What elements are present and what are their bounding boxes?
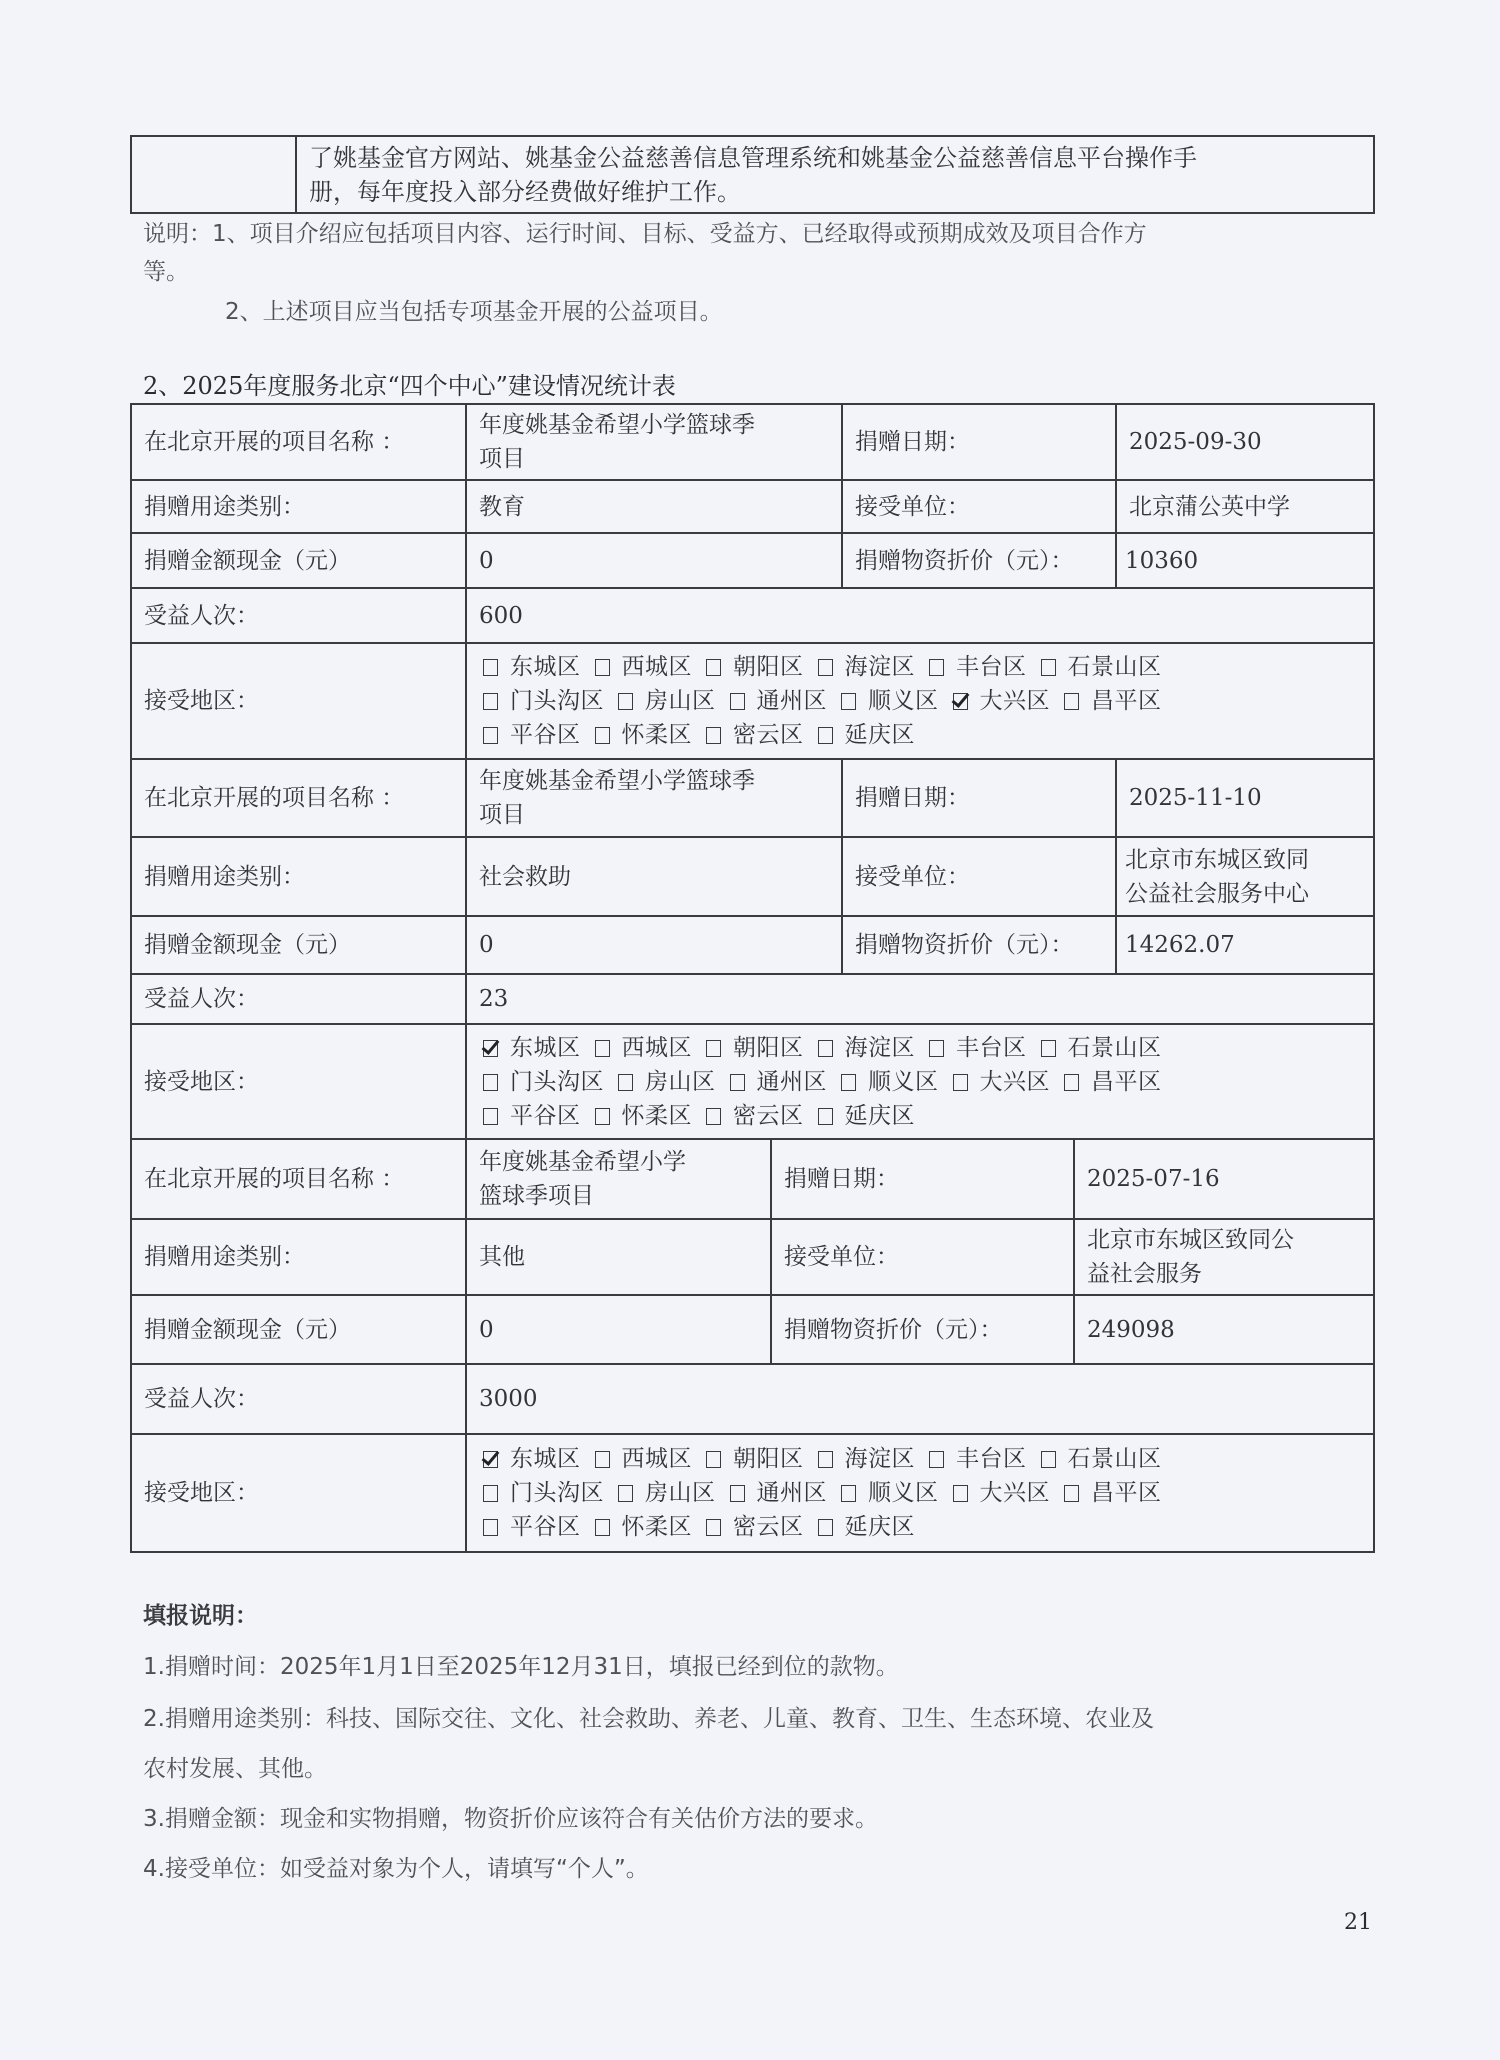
region-row: 门头沟区房山区通州区顺义区大兴区昌平区 xyxy=(483,1476,1176,1510)
region-label: 朝阳区 xyxy=(733,1035,804,1061)
region-label: 昌平区 xyxy=(1091,1480,1162,1506)
region-label: 门头沟区 xyxy=(510,688,604,714)
region-label: 石景山区 xyxy=(1068,1446,1162,1472)
checkbox-unchecked-icon[interactable] xyxy=(1064,693,1079,710)
checkbox-unchecked-icon[interactable] xyxy=(483,659,498,676)
region-label: 门头沟区 xyxy=(510,1069,604,1095)
checkbox-unchecked-icon[interactable] xyxy=(483,1519,498,1536)
region-label: 密云区 xyxy=(733,1103,804,1129)
region-checkbox-item[interactable]: 房山区 xyxy=(618,1069,716,1095)
region-checkbox-item[interactable]: 大兴区 xyxy=(953,1480,1051,1506)
checkbox-checked-icon[interactable] xyxy=(953,693,968,710)
fill-notes-item2-line1: 2.捐赠用途类别：科技、国际交往、文化、社会救助、养老、儿童、教育、卫生、生态环… xyxy=(143,1700,1154,1733)
fill-notes-item4: 4.接受单位：如受益对象为个人，请填写“个人”。 xyxy=(143,1850,649,1883)
checkbox-unchecked-icon[interactable] xyxy=(483,1485,498,1502)
checkbox-unchecked-icon[interactable] xyxy=(730,1074,745,1091)
checkbox-unchecked-icon[interactable] xyxy=(618,693,633,710)
top-table-text-line2: 册，每年度投入部分经费做好维护工作。 xyxy=(309,175,1197,209)
checkbox-unchecked-icon[interactable] xyxy=(595,659,610,676)
checkbox-unchecked-icon[interactable] xyxy=(706,1108,721,1125)
label-recipient: 接受单位： xyxy=(841,836,1117,917)
value-recipient: 北京市东城区致同公益社会服务中心 xyxy=(1115,836,1375,917)
checkbox-unchecked-icon[interactable] xyxy=(818,1519,833,1536)
label-recipient: 接受单位： xyxy=(770,1218,1075,1296)
region-row: 东城区西城区朝阳区海淀区丰台区石景山区 xyxy=(483,1442,1176,1476)
checkbox-unchecked-icon[interactable] xyxy=(1064,1074,1079,1091)
region-checkbox-group: 东城区西城区朝阳区海淀区丰台区石景山区门头沟区房山区通州区顺义区大兴区昌平区平谷… xyxy=(465,1433,1375,1553)
checkbox-checked-icon[interactable] xyxy=(483,1040,498,1057)
region-checkbox-item[interactable]: 延庆区 xyxy=(818,1103,916,1129)
region-label: 石景山区 xyxy=(1068,1035,1162,1061)
region-checkbox-item[interactable]: 房山区 xyxy=(618,1480,716,1506)
region-checkbox-item[interactable]: 通州区 xyxy=(730,1069,828,1095)
fill-notes-item1: 1.捐赠时间：2025年1月1日至2025年12月31日，填报已经到位的款物。 xyxy=(143,1648,899,1681)
label-goods-value: 捐赠物资折价（元）： xyxy=(770,1294,1075,1365)
value-beneficiaries: 23 xyxy=(465,973,1375,1025)
value-donation-date: 2025-11-10 xyxy=(1115,758,1375,838)
label-donation-date: 捐赠日期： xyxy=(841,758,1117,838)
checkbox-unchecked-icon[interactable] xyxy=(595,1519,610,1536)
region-label: 平谷区 xyxy=(510,722,581,748)
region-label: 平谷区 xyxy=(510,1514,581,1540)
region-checkbox-item[interactable]: 密云区 xyxy=(706,722,804,748)
label-beneficiaries: 受益人次： xyxy=(130,1363,467,1435)
label-donation-date: 捐赠日期： xyxy=(770,1138,1075,1220)
label-region: 接受地区： xyxy=(130,642,467,760)
checkbox-unchecked-icon[interactable] xyxy=(483,1074,498,1091)
checkbox-unchecked-icon[interactable] xyxy=(595,727,610,744)
checkbox-unchecked-icon[interactable] xyxy=(483,693,498,710)
label-cash-amount: 捐赠金额现金（元） xyxy=(130,915,467,975)
region-label: 西城区 xyxy=(622,1446,693,1472)
value-cash-amount: 0 xyxy=(465,1294,772,1365)
region-label: 平谷区 xyxy=(510,1103,581,1129)
region-label: 顺义区 xyxy=(868,688,939,714)
region-checkbox-item[interactable]: 房山区 xyxy=(618,688,716,714)
checkbox-unchecked-icon[interactable] xyxy=(841,693,856,710)
region-label: 延庆区 xyxy=(845,1103,916,1129)
top-table-text-cell: 了姚基金官方网站、姚基金公益慈善信息管理系统和姚基金公益慈善信息平台操作手 册，… xyxy=(295,135,1375,214)
checkbox-unchecked-icon[interactable] xyxy=(483,727,498,744)
region-label: 昌平区 xyxy=(1091,688,1162,714)
region-label: 大兴区 xyxy=(980,1069,1051,1095)
value-donation-date: 2025-07-16 xyxy=(1073,1138,1375,1220)
fill-notes-heading: 填报说明： xyxy=(143,1597,258,1630)
checkbox-unchecked-icon[interactable] xyxy=(953,1074,968,1091)
region-label: 海淀区 xyxy=(845,654,916,680)
notes-line2: 2、上述项目应当包括专项基金开展的公益项目。 xyxy=(225,293,723,326)
region-checkbox-item[interactable]: 平谷区 xyxy=(483,1514,581,1540)
region-checkbox-item[interactable]: 大兴区 xyxy=(953,688,1051,714)
table-title: 2、2025年度服务北京“四个中心”建设情况统计表 xyxy=(143,366,676,401)
region-checkbox-item[interactable]: 东城区 xyxy=(483,1446,581,1472)
region-checkbox-item[interactable]: 平谷区 xyxy=(483,1103,581,1129)
checkbox-unchecked-icon[interactable] xyxy=(1041,659,1056,676)
label-project-name: 在北京开展的项目名称 ： xyxy=(130,758,467,838)
top-table-empty-cell xyxy=(130,135,297,214)
region-label: 西城区 xyxy=(622,654,693,680)
region-label: 密云区 xyxy=(733,722,804,748)
value-beneficiaries: 600 xyxy=(465,587,1375,644)
notes-line1-wrap: 等。 xyxy=(143,253,189,286)
region-label: 海淀区 xyxy=(845,1446,916,1472)
region-label: 延庆区 xyxy=(845,1514,916,1540)
value-goods-value: 10360 xyxy=(1115,532,1375,589)
region-label: 东城区 xyxy=(510,654,581,680)
region-label: 海淀区 xyxy=(845,1035,916,1061)
region-label: 通州区 xyxy=(757,1480,828,1506)
region-row: 东城区西城区朝阳区海淀区丰台区石景山区 xyxy=(483,650,1176,684)
region-label: 大兴区 xyxy=(980,1480,1051,1506)
label-beneficiaries: 受益人次： xyxy=(130,587,467,644)
checkbox-unchecked-icon[interactable] xyxy=(730,693,745,710)
region-checkbox-item[interactable]: 平谷区 xyxy=(483,722,581,748)
region-label: 密云区 xyxy=(733,1514,804,1540)
region-checkbox-item[interactable]: 通州区 xyxy=(730,1480,828,1506)
checkbox-unchecked-icon[interactable] xyxy=(706,659,721,676)
region-checkbox-group: 东城区西城区朝阳区海淀区丰台区石景山区门头沟区房山区通州区顺义区大兴区昌平区平谷… xyxy=(465,642,1375,760)
checkbox-unchecked-icon[interactable] xyxy=(929,659,944,676)
checkbox-unchecked-icon[interactable] xyxy=(706,1519,721,1536)
region-checkbox-item[interactable]: 大兴区 xyxy=(953,1069,1051,1095)
checkbox-unchecked-icon[interactable] xyxy=(818,1040,833,1057)
label-cash-amount: 捐赠金额现金（元） xyxy=(130,1294,467,1365)
region-checkbox-item[interactable]: 石景山区 xyxy=(1041,1446,1162,1472)
region-label: 房山区 xyxy=(645,1480,716,1506)
label-recipient: 接受单位： xyxy=(841,479,1117,534)
value-usage-category: 社会救助 xyxy=(465,836,843,917)
label-usage-category: 捐赠用途类别： xyxy=(130,479,467,534)
region-checkbox-item[interactable]: 西城区 xyxy=(595,1446,693,1472)
checkbox-unchecked-icon[interactable] xyxy=(595,1040,610,1057)
label-project-name: 在北京开展的项目名称 ： xyxy=(130,1138,467,1220)
region-checkbox-item[interactable]: 怀柔区 xyxy=(595,1103,693,1129)
region-label: 昌平区 xyxy=(1091,1069,1162,1095)
region-checkbox-item[interactable]: 顺义区 xyxy=(841,688,939,714)
checkbox-unchecked-icon[interactable] xyxy=(706,1040,721,1057)
region-checkbox-item[interactable]: 海淀区 xyxy=(818,1035,916,1061)
region-checkbox-item[interactable]: 延庆区 xyxy=(818,722,916,748)
region-checkbox-item[interactable]: 怀柔区 xyxy=(595,722,693,748)
label-region: 接受地区： xyxy=(130,1433,467,1553)
checkbox-unchecked-icon[interactable] xyxy=(841,1074,856,1091)
value-recipient: 北京蒲公英中学 xyxy=(1115,479,1375,534)
value-beneficiaries: 3000 xyxy=(465,1363,1375,1435)
region-checkbox-item[interactable]: 延庆区 xyxy=(818,1514,916,1540)
value-cash-amount: 0 xyxy=(465,915,843,975)
region-label: 怀柔区 xyxy=(622,1514,693,1540)
checkbox-unchecked-icon[interactable] xyxy=(618,1074,633,1091)
label-usage-category: 捐赠用途类别： xyxy=(130,1218,467,1296)
region-label: 大兴区 xyxy=(980,688,1051,714)
label-cash-amount: 捐赠金额现金（元） xyxy=(130,532,467,589)
page-number: 21 xyxy=(1344,1910,1372,1935)
region-checkbox-item[interactable]: 顺义区 xyxy=(841,1069,939,1095)
region-checkbox-item[interactable]: 石景山区 xyxy=(1041,654,1162,680)
region-checkbox-item[interactable]: 昌平区 xyxy=(1064,1480,1162,1506)
checkbox-checked-icon[interactable] xyxy=(483,1451,498,1468)
region-label: 东城区 xyxy=(510,1035,581,1061)
label-goods-value: 捐赠物资折价（元）： xyxy=(841,915,1117,975)
region-checkbox-item[interactable]: 顺义区 xyxy=(841,1480,939,1506)
region-label: 房山区 xyxy=(645,688,716,714)
checkbox-unchecked-icon[interactable] xyxy=(818,659,833,676)
region-label: 顺义区 xyxy=(868,1069,939,1095)
notes-line1: 说明：1、项目介绍应包括项目内容、运行时间、目标、受益方、已经取得或预期成效及项… xyxy=(143,215,1147,248)
region-checkbox-item[interactable]: 昌平区 xyxy=(1064,688,1162,714)
region-checkbox-item[interactable]: 丰台区 xyxy=(929,654,1027,680)
region-checkbox-item[interactable]: 丰台区 xyxy=(929,1035,1027,1061)
checkbox-unchecked-icon[interactable] xyxy=(929,1451,944,1468)
region-label: 丰台区 xyxy=(956,654,1027,680)
checkbox-unchecked-icon[interactable] xyxy=(595,1451,610,1468)
region-label: 东城区 xyxy=(510,1446,581,1472)
region-row: 平谷区怀柔区密云区延庆区 xyxy=(483,718,1176,752)
region-checkbox-item[interactable]: 密云区 xyxy=(706,1514,804,1540)
region-checkbox-item[interactable]: 西城区 xyxy=(595,1035,693,1061)
fill-notes-item2-line2: 农村发展、其他。 xyxy=(143,1750,327,1783)
region-label: 丰台区 xyxy=(956,1035,1027,1061)
region-label: 朝阳区 xyxy=(733,654,804,680)
fill-notes-item3: 3.捐赠金额：现金和实物捐赠，物资折价应该符合有关估价方法的要求。 xyxy=(143,1800,878,1833)
value-goods-value: 14262.07 xyxy=(1115,915,1375,975)
checkbox-unchecked-icon[interactable] xyxy=(1064,1485,1079,1502)
region-checkbox-item[interactable]: 朝阳区 xyxy=(706,1035,804,1061)
top-table-text-line1: 了姚基金官方网站、姚基金公益慈善信息管理系统和姚基金公益慈善信息平台操作手 xyxy=(309,141,1197,175)
region-checkbox-item[interactable]: 东城区 xyxy=(483,654,581,680)
region-checkbox-item[interactable]: 门头沟区 xyxy=(483,1069,604,1095)
region-label: 朝阳区 xyxy=(733,1446,804,1472)
label-goods-value: 捐赠物资折价（元）： xyxy=(841,532,1117,589)
region-label: 通州区 xyxy=(757,1069,828,1095)
region-label: 怀柔区 xyxy=(622,1103,693,1129)
value-cash-amount: 0 xyxy=(465,532,843,589)
value-usage-category: 教育 xyxy=(465,479,843,534)
label-project-name: 在北京开展的项目名称 ： xyxy=(130,403,467,481)
region-label: 门头沟区 xyxy=(510,1480,604,1506)
label-usage-category: 捐赠用途类别： xyxy=(130,836,467,917)
checkbox-unchecked-icon[interactable] xyxy=(595,1108,610,1125)
checkbox-unchecked-icon[interactable] xyxy=(483,1108,498,1125)
region-label: 西城区 xyxy=(622,1035,693,1061)
region-checkbox-item[interactable]: 丰台区 xyxy=(929,1446,1027,1472)
checkbox-unchecked-icon[interactable] xyxy=(1041,1040,1056,1057)
region-label: 房山区 xyxy=(645,1069,716,1095)
region-checkbox-item[interactable]: 海淀区 xyxy=(818,654,916,680)
checkbox-unchecked-icon[interactable] xyxy=(841,1485,856,1502)
label-beneficiaries: 受益人次： xyxy=(130,973,467,1025)
checkbox-unchecked-icon[interactable] xyxy=(1041,1451,1056,1468)
region-label: 丰台区 xyxy=(956,1446,1027,1472)
region-checkbox-group: 东城区西城区朝阳区海淀区丰台区石景山区门头沟区房山区通州区顺义区大兴区昌平区平谷… xyxy=(465,1023,1375,1140)
region-label: 顺义区 xyxy=(868,1480,939,1506)
region-checkbox-item[interactable]: 昌平区 xyxy=(1064,1069,1162,1095)
value-goods-value: 249098 xyxy=(1073,1294,1375,1365)
checkbox-unchecked-icon[interactable] xyxy=(730,1485,745,1502)
region-label: 怀柔区 xyxy=(622,722,693,748)
value-project-name: 年度姚基金希望小学篮球季项目 xyxy=(465,403,843,481)
region-checkbox-item[interactable]: 朝阳区 xyxy=(706,654,804,680)
region-checkbox-item[interactable]: 门头沟区 xyxy=(483,688,604,714)
region-checkbox-item[interactable]: 怀柔区 xyxy=(595,1514,693,1540)
value-donation-date: 2025-09-30 xyxy=(1115,403,1375,481)
checkbox-unchecked-icon[interactable] xyxy=(818,1451,833,1468)
checkbox-unchecked-icon[interactable] xyxy=(706,727,721,744)
region-row: 门头沟区房山区通州区顺义区大兴区昌平区 xyxy=(483,684,1176,718)
value-recipient: 北京市东城区致同公益社会服务 xyxy=(1073,1218,1375,1296)
region-row: 东城区西城区朝阳区海淀区丰台区石景山区 xyxy=(483,1031,1176,1065)
region-row: 门头沟区房山区通州区顺义区大兴区昌平区 xyxy=(483,1065,1176,1099)
region-checkbox-item[interactable]: 密云区 xyxy=(706,1103,804,1129)
label-region: 接受地区： xyxy=(130,1023,467,1140)
value-project-name: 年度姚基金希望小学篮球季项目 xyxy=(465,1138,772,1220)
region-checkbox-item[interactable]: 西城区 xyxy=(595,654,693,680)
value-project-name: 年度姚基金希望小学篮球季项目 xyxy=(465,758,843,838)
checkbox-unchecked-icon[interactable] xyxy=(618,1485,633,1502)
label-donation-date: 捐赠日期： xyxy=(841,403,1117,481)
checkbox-unchecked-icon[interactable] xyxy=(818,727,833,744)
region-checkbox-item[interactable]: 石景山区 xyxy=(1041,1035,1162,1061)
region-row: 平谷区怀柔区密云区延庆区 xyxy=(483,1099,1176,1133)
region-checkbox-item[interactable]: 朝阳区 xyxy=(706,1446,804,1472)
region-label: 石景山区 xyxy=(1068,654,1162,680)
checkbox-unchecked-icon[interactable] xyxy=(706,1451,721,1468)
region-checkbox-item[interactable]: 门头沟区 xyxy=(483,1480,604,1506)
checkbox-unchecked-icon[interactable] xyxy=(818,1108,833,1125)
value-usage-category: 其他 xyxy=(465,1218,772,1296)
region-row: 平谷区怀柔区密云区延庆区 xyxy=(483,1510,1176,1544)
region-checkbox-item[interactable]: 海淀区 xyxy=(818,1446,916,1472)
region-label: 通州区 xyxy=(757,688,828,714)
region-label: 延庆区 xyxy=(845,722,916,748)
region-checkbox-item[interactable]: 东城区 xyxy=(483,1035,581,1061)
region-checkbox-item[interactable]: 通州区 xyxy=(730,688,828,714)
checkbox-unchecked-icon[interactable] xyxy=(929,1040,944,1057)
checkbox-unchecked-icon[interactable] xyxy=(953,1485,968,1502)
